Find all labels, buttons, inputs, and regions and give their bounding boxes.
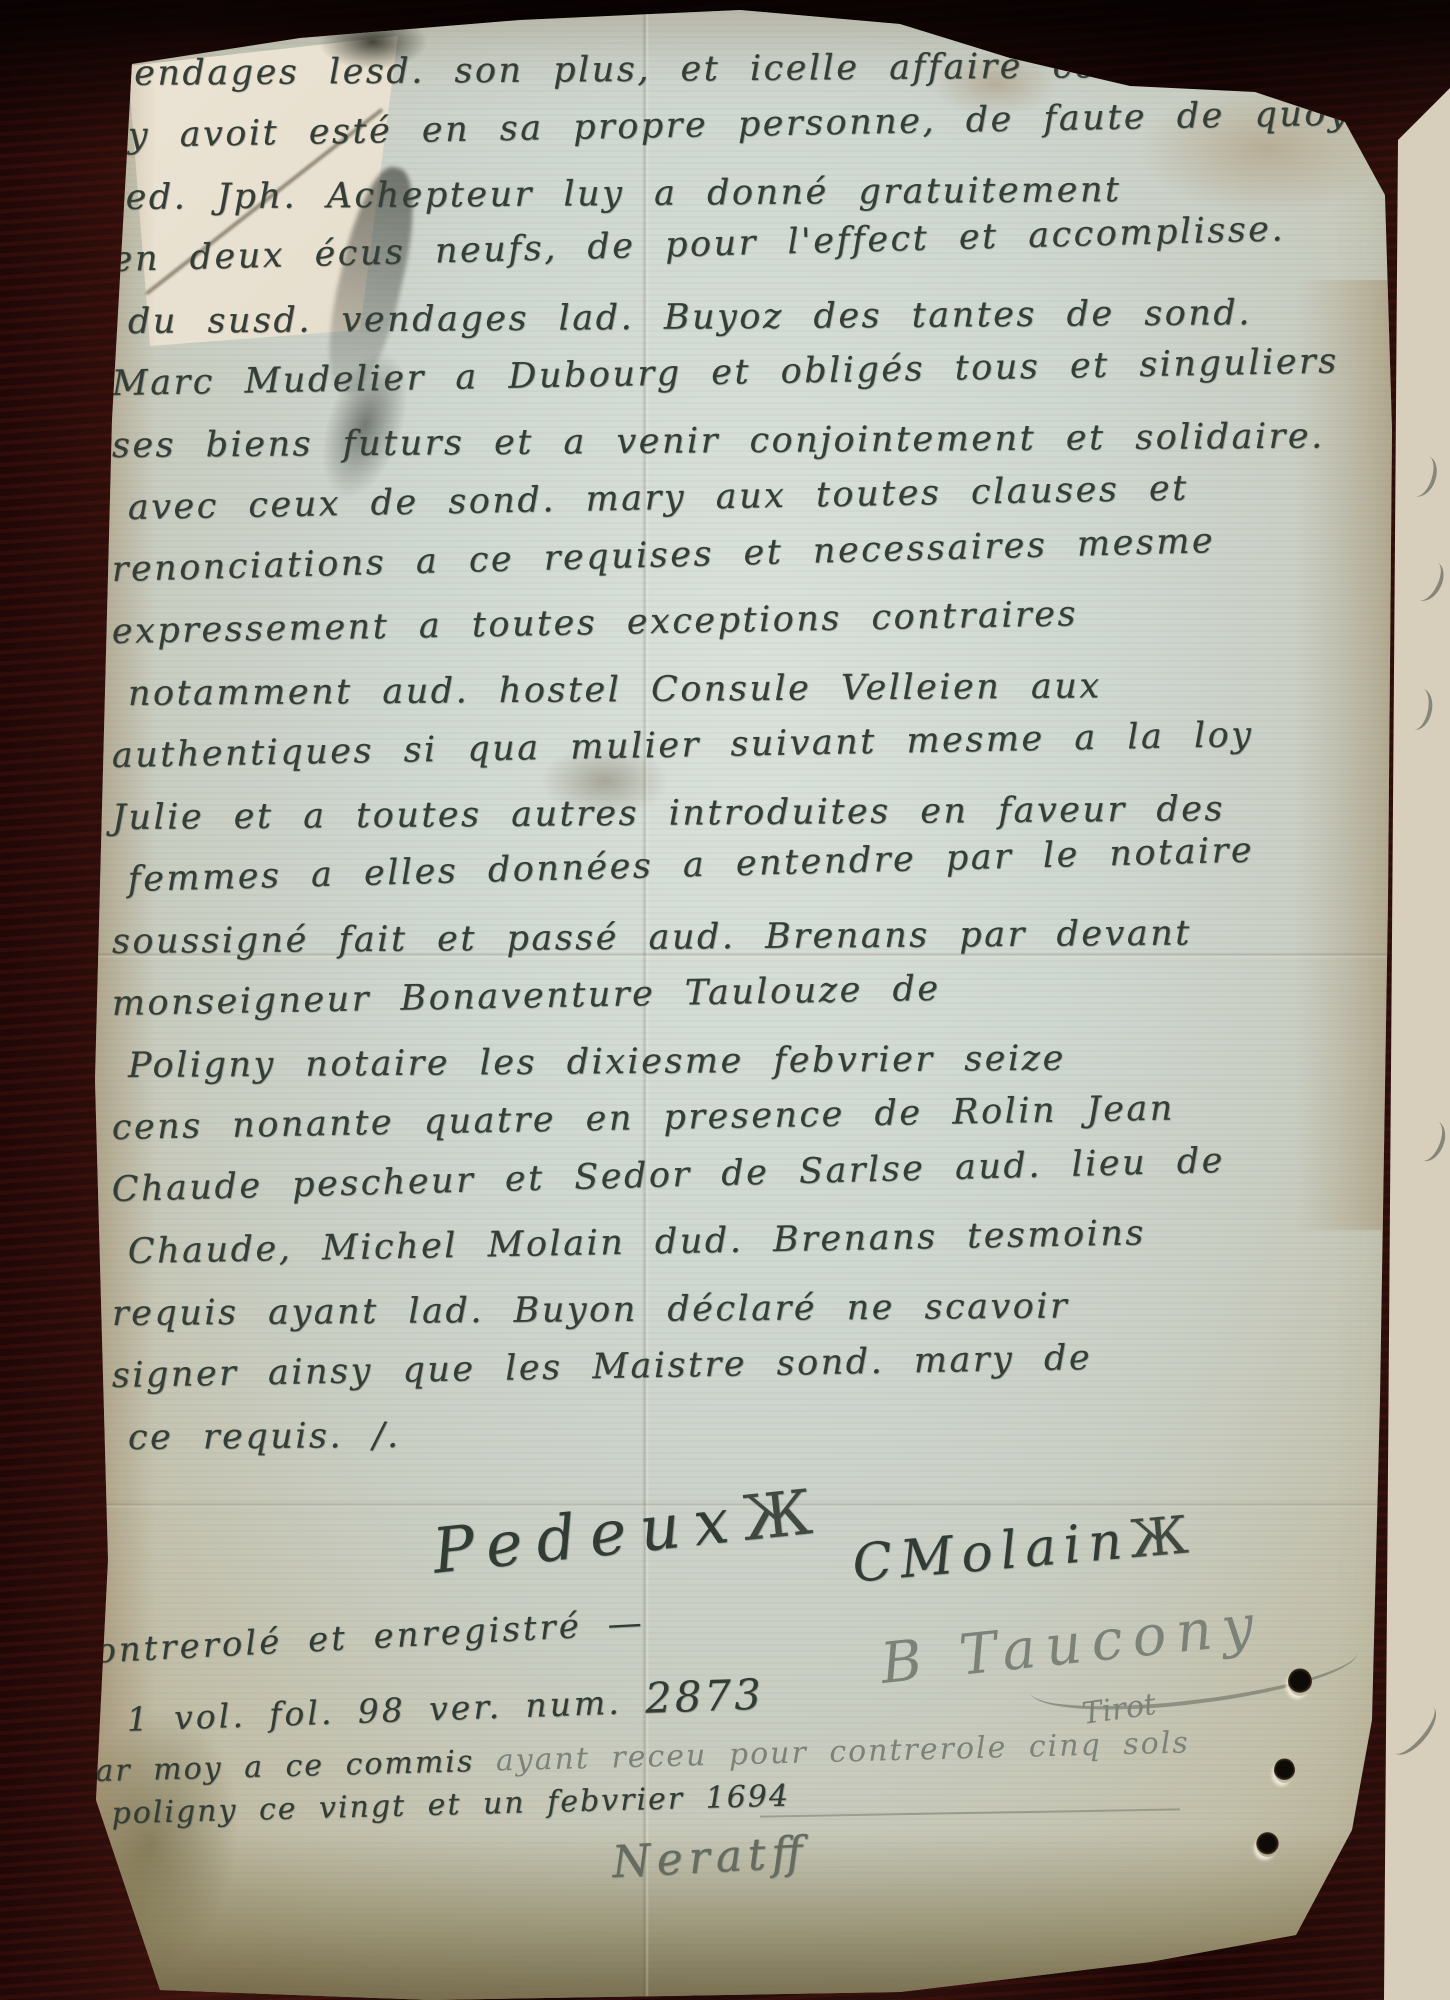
paraph-icon: Ж bbox=[738, 1475, 815, 1555]
photo-of-manuscript: vendages lesd. son plus, et icelle affai… bbox=[0, 0, 1450, 2000]
ink-fragment bbox=[1384, 1698, 1444, 1762]
signature-molain: CMolainЖ bbox=[850, 1505, 1190, 1594]
worm-hole bbox=[1288, 1668, 1312, 1696]
registration-number: 2873 bbox=[644, 1670, 765, 1723]
registration-line-1: Contrerolé et enregistré — bbox=[65, 1603, 645, 1673]
registration-line-2: au 1 vol. fol. 98 ver. num. 2873 bbox=[55, 1670, 764, 1744]
flourish-icon: ﬀ bbox=[770, 1827, 810, 1880]
registration-line-3-faint: ayant receu pour contrerole cinq sols bbox=[495, 1725, 1190, 1778]
signature-pedeux: PedeuxЖ bbox=[429, 1475, 815, 1587]
worm-hole bbox=[1256, 1832, 1279, 1857]
manuscript-body: vendages lesd. son plus, et icelle affai… bbox=[112, 54, 1382, 1480]
pen-rule bbox=[760, 1808, 1180, 1817]
paraph-icon: Ж bbox=[1127, 1505, 1190, 1570]
ink-fragment bbox=[1402, 452, 1442, 501]
ink-fragment bbox=[1400, 686, 1436, 733]
ink-fragment bbox=[1409, 1116, 1450, 1165]
manuscript-line: ce requis. /. bbox=[128, 1408, 1382, 1480]
manuscript-page: vendages lesd. son plus, et icelle affai… bbox=[0, 0, 1450, 2000]
signature-nerat: Neratﬀ bbox=[611, 1827, 810, 1888]
ink-fragment bbox=[1406, 556, 1450, 606]
worm-hole bbox=[1274, 1758, 1295, 1783]
